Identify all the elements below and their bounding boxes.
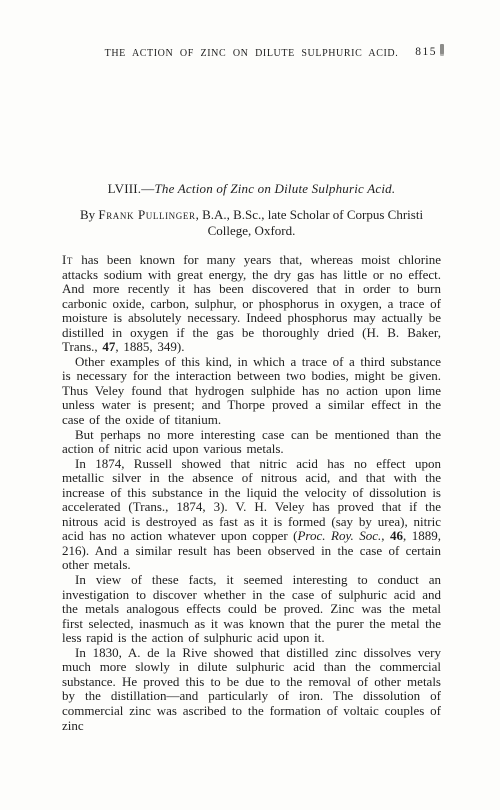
text-segment: Proc. Roy. Soc. <box>297 528 381 543</box>
running-title: THE ACTION OF ZINC ON DILUTE SULPHURIC A… <box>105 48 399 59</box>
text-segment: Other examples of this kind, in which a … <box>62 354 441 427</box>
text-segment: 46 <box>390 528 403 543</box>
article-title-number: LVIII.— <box>108 181 155 196</box>
journal-page: THE ACTION OF ZINC ON DILUTE SULPHURIC A… <box>0 0 500 810</box>
article-body: It has been known for many years that, w… <box>62 253 441 733</box>
byline: By Frank Pullinger, B.A., B.Sc., late Sc… <box>62 207 441 238</box>
text-segment: But perhaps no more interesting case can… <box>62 427 441 457</box>
paragraph: It has been known for many years that, w… <box>62 253 441 355</box>
running-header: THE ACTION OF ZINC ON DILUTE SULPHURIC A… <box>62 48 441 62</box>
text-segment: In view of these facts, it seemed intere… <box>62 572 441 645</box>
text-segment: Frank Pullinger <box>98 207 195 222</box>
paragraph: In 1874, Russell showed that nitric acid… <box>62 457 441 573</box>
paragraph: Other examples of this kind, in which a … <box>62 355 441 428</box>
article-title-text: The Action of Zinc on Dilute Sulphuric A… <box>154 181 395 196</box>
scan-artifact <box>440 44 444 54</box>
text-segment: 47 <box>102 339 115 354</box>
paragraph: In 1830, A. de la Rive showed that disti… <box>62 646 441 733</box>
text-segment: , <box>381 528 390 543</box>
text-segment: , B.A., B.Sc., late Scholar of Corpus Ch… <box>196 207 424 238</box>
text-segment: It <box>62 252 73 267</box>
text-segment: , 1885, 349). <box>115 339 184 354</box>
paragraph: In view of these facts, it seemed intere… <box>62 573 441 646</box>
text-segment: In 1830, A. de la Rive showed that disti… <box>62 645 441 733</box>
article-title: LVIII.—The Action of Zinc on Dilute Sulp… <box>62 181 441 197</box>
page-number: 815 <box>415 46 437 58</box>
text-segment: By <box>80 207 98 222</box>
paragraph: But perhaps no more interesting case can… <box>62 428 441 457</box>
